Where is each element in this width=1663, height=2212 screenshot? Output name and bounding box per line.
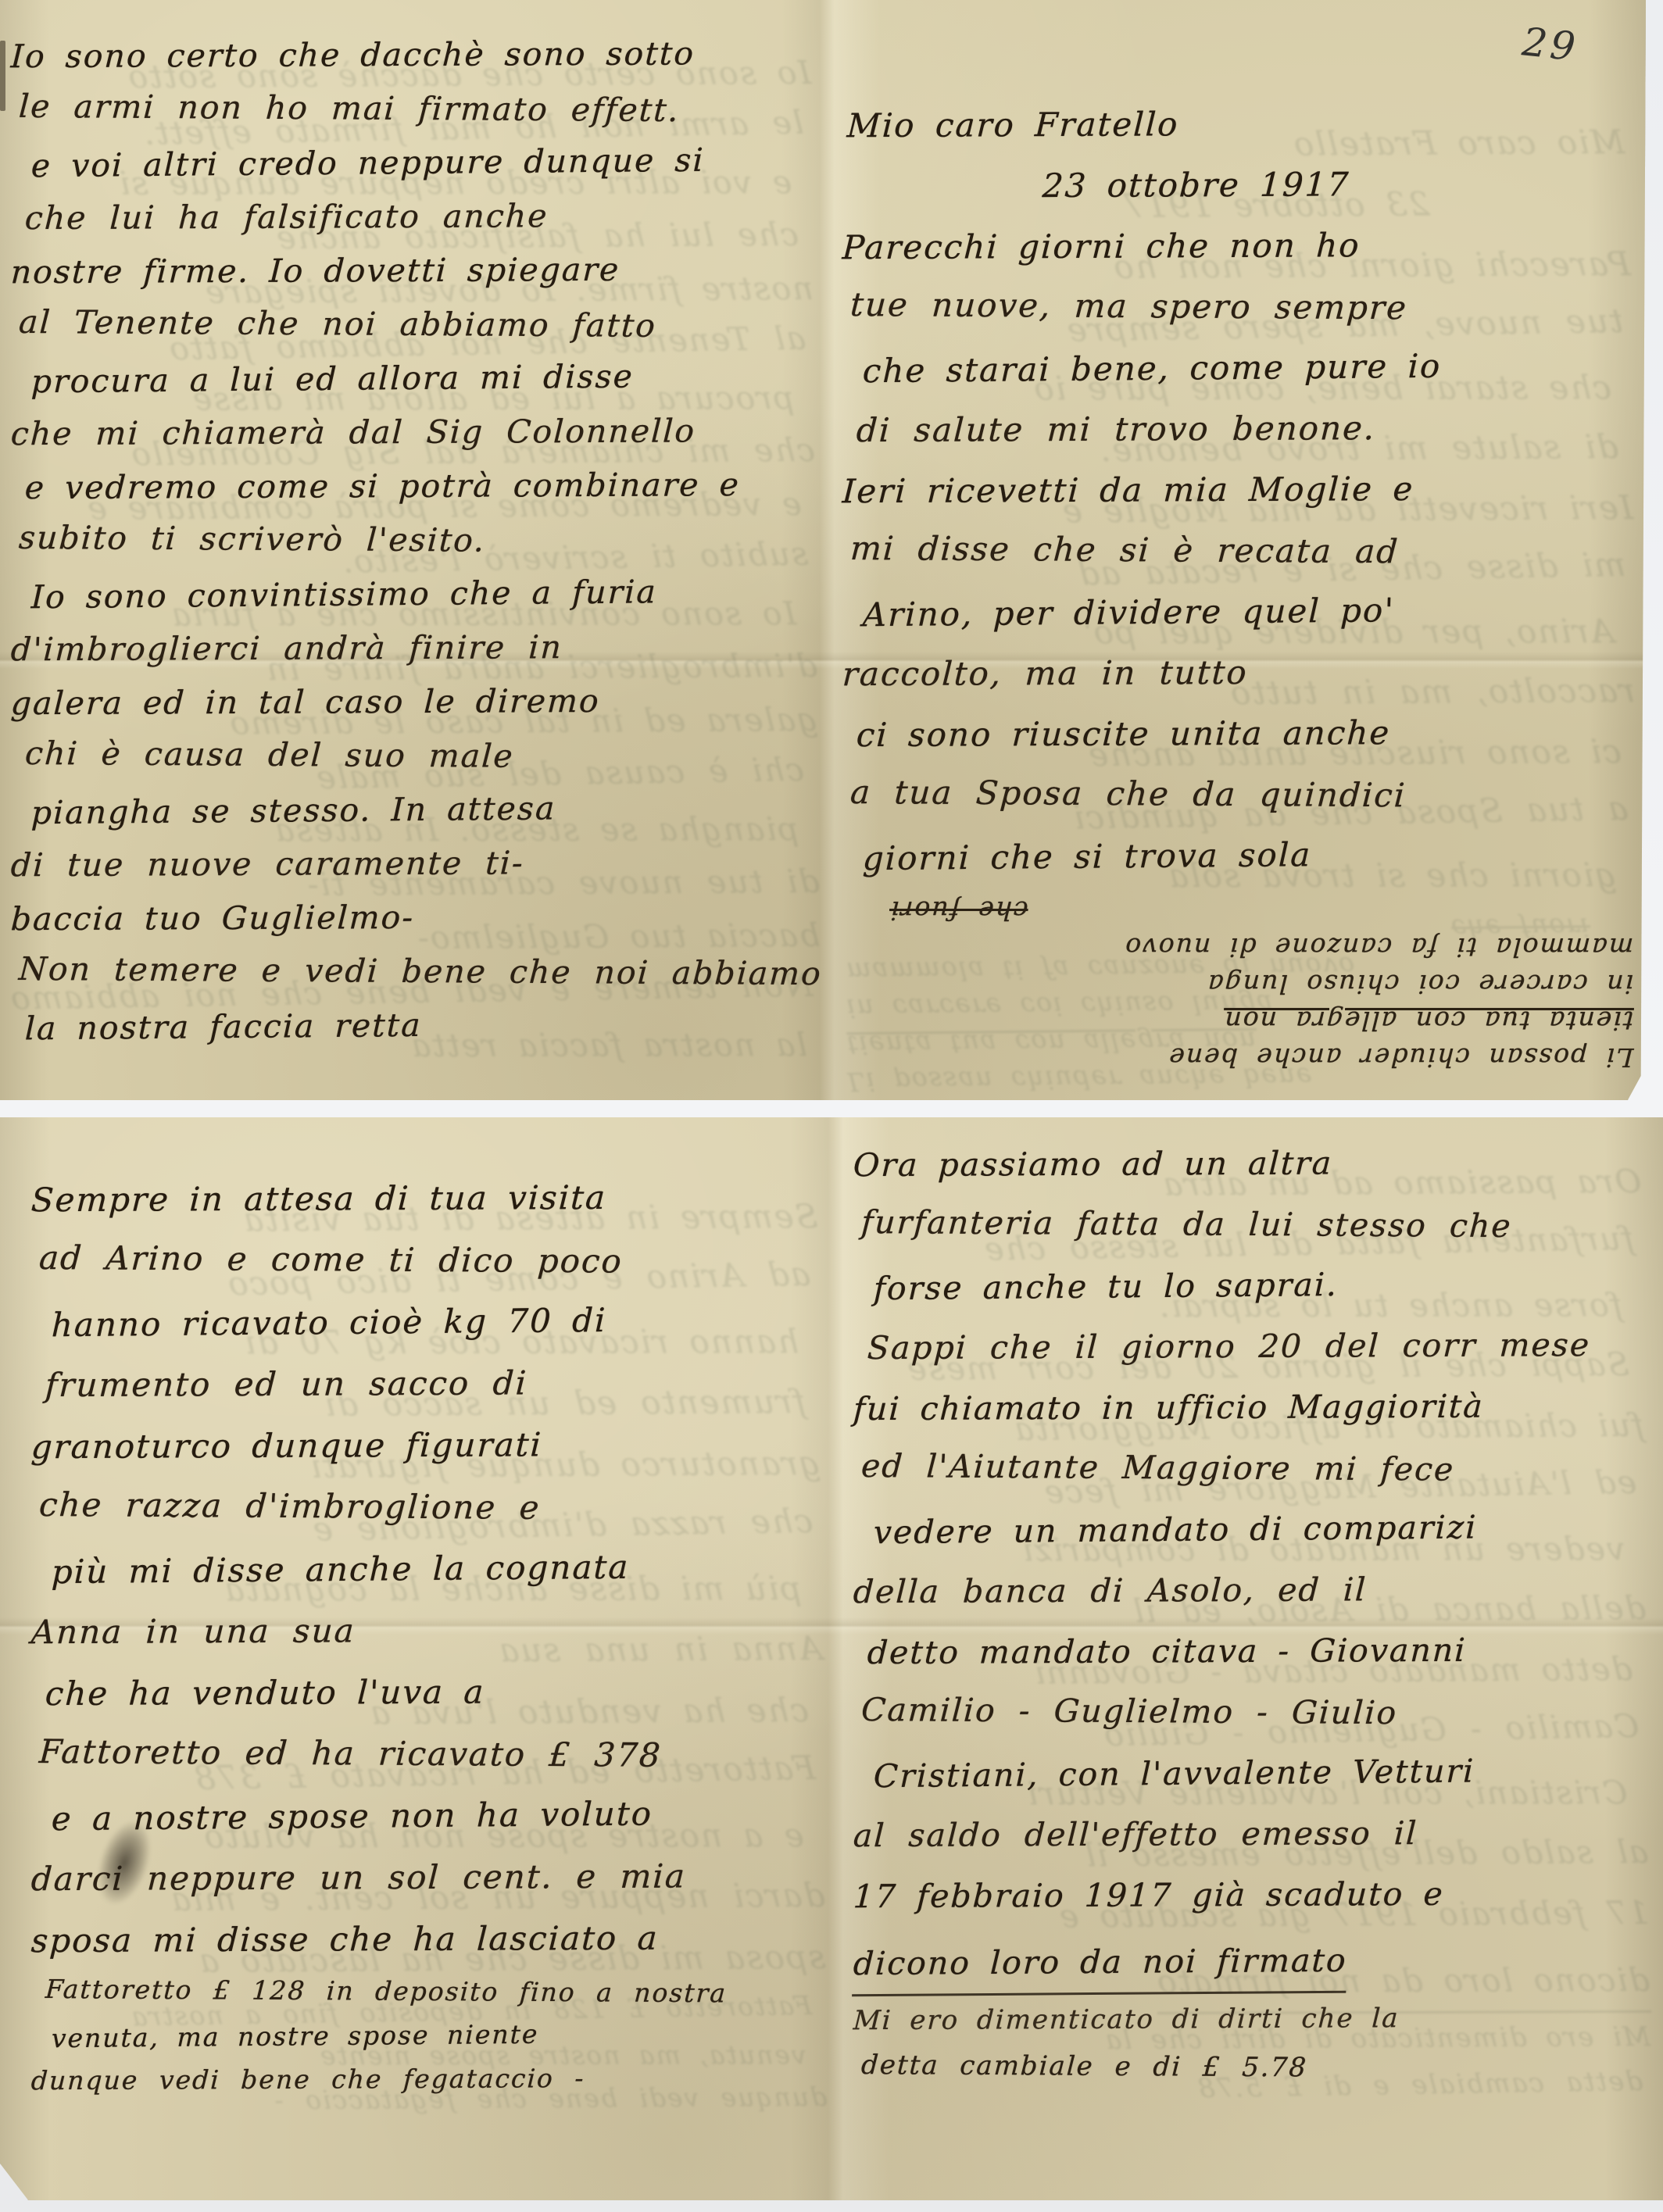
handwritten-line: detta cambiale e di £ 5.78 <box>852 2041 1647 2094</box>
handwritten-line: e vedremo come si potrà combinare e <box>9 458 817 515</box>
handwritten-line: Fattoretto £ 128 in deposito fino a nost… <box>30 1967 824 2016</box>
handwritten-line: Ora passiamo ad un altra <box>852 1131 1647 1195</box>
handwriting-lines: Sempre in attesa di tua visitaad Arino e… <box>31 1167 822 2101</box>
handwritten-line: a tua Sposa che da quindici <box>841 762 1635 827</box>
handwritten-line: al saldo dell'effetto emesso il <box>852 1802 1647 1866</box>
handwritten-line: della banca di Asolo, ed il <box>852 1558 1647 1622</box>
handwritten-line: Ieri ricevetti da mia Moglie e <box>841 458 1635 522</box>
handwritten-line: baccia tuo Guglielmo- <box>9 889 817 946</box>
handwritten-line: Li possan chiuder anche bene <box>842 1039 1634 1076</box>
handwritten-line: tienta tua con allegra non <box>842 1002 1634 1039</box>
salutation: Mio caro Fratello <box>846 92 1635 156</box>
handwritten-line: che ha venduto l'uva a <box>30 1660 824 1724</box>
handwritten-line: dunque vedi bene che fegataccio - <box>30 2056 824 2103</box>
handwritten-line: che fuori <box>842 892 1634 929</box>
handwritten-line: piangha se stesso. In attesa <box>10 780 817 841</box>
handwritten-line: che lui ha falsificato anche <box>9 188 817 245</box>
handwritten-line: mi disse che si è recata ad <box>841 518 1635 584</box>
inverted-postscript-lines: che fuorimammola ti fa canzone di nuovoi… <box>842 892 1633 1076</box>
handwriting-lines: Ora passiamo ad un altrafurfanteria fatt… <box>853 1133 1646 1925</box>
handwritten-line: tue nuove, ma spero sempre <box>841 274 1635 340</box>
handwritten-line: che starai bene, come pure io <box>842 334 1634 402</box>
handwritten-line: ci sono riuscite unita anche <box>841 702 1635 766</box>
handwritten-line: Mi ero dimenticato di dirti che la <box>852 1993 1647 2045</box>
scan-edge-mark <box>0 41 5 111</box>
handwritten-line: vedere un mandato di comparizi <box>853 1496 1647 1563</box>
handwritten-line: e voi altri credo neppure dunque si <box>10 133 817 194</box>
handwritten-line: procura a lui ed allora mi disse <box>10 348 817 409</box>
date-line: 23 ottobre 1917 <box>841 153 1635 217</box>
handwritten-line: subito ti scriverò l'esito. <box>9 511 817 570</box>
sheet-bottom: Sempre in attesa di tua visitaad Arino e… <box>0 1117 1663 2200</box>
handwritten-line: chi è causa del suo male <box>9 727 817 785</box>
handwritten-line: hanno ricavato cioè kg 70 di <box>30 1288 823 1356</box>
handwritten-line: Io sono certo che dacchè sono sotto <box>9 27 817 84</box>
handwritten-line: galera ed in tal caso le diremo <box>9 674 817 731</box>
handwritten-line: più mi disse anche la cognata <box>30 1535 823 1603</box>
page-bottom-left: Sempre in attesa di tua visitaad Arino e… <box>31 1167 822 2101</box>
handwritten-line: 17 febbraio 1917 già scaduto e <box>852 1863 1647 1927</box>
handwritten-line: in carcere coi chiuso lunga <box>842 966 1634 1002</box>
handwritten-line: Sempre in attesa di tua visita <box>30 1166 824 1231</box>
handwritten-line: Anna in una sua <box>30 1598 824 1663</box>
postscript-lines: Mi ero dimenticato di dirti che ladetta … <box>853 1995 1646 2092</box>
handwritten-line: fui chiamato in ufficio Maggiorità <box>852 1375 1647 1439</box>
handwritten-line: che mi chiamerà dal Sig Colonnello <box>9 404 817 461</box>
handwritten-line: frumento ed un sacco di <box>30 1351 824 1416</box>
handwritten-line: Parecchi giorni che non ho <box>841 214 1635 278</box>
handwritten-line: la nostra faccia retta <box>10 995 817 1056</box>
handwritten-line: Non temere e vedi bene che noi abbiamo <box>9 942 817 1001</box>
handwritten-line: Fattoretto ed ha ricavato £ 378 <box>30 1721 824 1787</box>
handwritten-line: ad Arino e come ti dico poco <box>30 1227 824 1293</box>
handwritten-line: Io sono convintissimo che a furia <box>10 564 817 625</box>
handwritten-line: Arino, per dividere quel po' <box>842 578 1634 646</box>
handwriting-lines: Io sono certo che dacchè sono sottole ar… <box>11 28 816 1052</box>
handwritten-line: Cristiani, con l'avvalente Vetturi <box>853 1739 1647 1807</box>
handwritten-line: nostre firme. Io dovetti spiegare <box>9 242 817 299</box>
handwritten-line: giorni che si trova sola <box>842 822 1634 890</box>
underlined-line: dicono loro da noi firmato <box>852 1930 1348 1996</box>
handwritten-line: le armi non ho mai firmato effett. <box>9 80 817 138</box>
handwritten-line: granoturco dunque figurati <box>30 1413 824 1478</box>
handwritten-line: Sappi che il giorno 20 del corr mese <box>852 1314 1647 1378</box>
handwritten-line: d'imbroglierci andrà finire in <box>9 620 817 677</box>
sheet-top: 29 Io sono certo che dacchè sono sottole… <box>0 0 1646 1100</box>
handwritten-line: sposa mi disse che ha lasciato a <box>30 1906 824 1971</box>
handwritten-line: furfanteria fatta da lui stesso che <box>852 1192 1647 1257</box>
handwritten-line: di salute mi trovo benone. <box>841 397 1635 461</box>
handwriting-lines: Parecchi giorni che non hotue nuove, ma … <box>842 216 1633 886</box>
handwritten-line: venuta, ma nostre spose niente <box>30 2010 823 2061</box>
handwritten-line: che razza d'imbroglione e <box>30 1474 824 1540</box>
page-bottom-right: Ora passiamo ad un altrafurfanteria fatt… <box>853 1133 1646 2092</box>
letter-scan: { "document": { "page_number": "29" }, "… <box>0 0 1663 2212</box>
handwritten-line: detto mandato citava - Giovanni <box>852 1619 1647 1683</box>
handwritten-line: di tue nuove caramente ti- <box>9 835 817 892</box>
handwritten-line: Camilio - Guglielmo - Giulio <box>852 1679 1647 1745</box>
handwritten-line: forse anche tu lo saprai. <box>853 1252 1647 1320</box>
handwritten-line: raccolto, ma in tutto <box>841 641 1635 705</box>
handwritten-line: al Tenente che noi abbiamo fatto <box>9 295 817 354</box>
page-top-right: Mio caro Fratello 23 ottobre 1917 Parecc… <box>842 19 1633 1076</box>
handwritten-line: ed l'Aiutante Maggiore mi fece <box>852 1435 1647 1501</box>
page-number: 29 <box>1520 19 1580 70</box>
page-top-left: Io sono certo che dacchè sono sottole ar… <box>11 28 816 1052</box>
handwritten-line: mammola ti fa canzone di nuovo <box>842 929 1634 966</box>
